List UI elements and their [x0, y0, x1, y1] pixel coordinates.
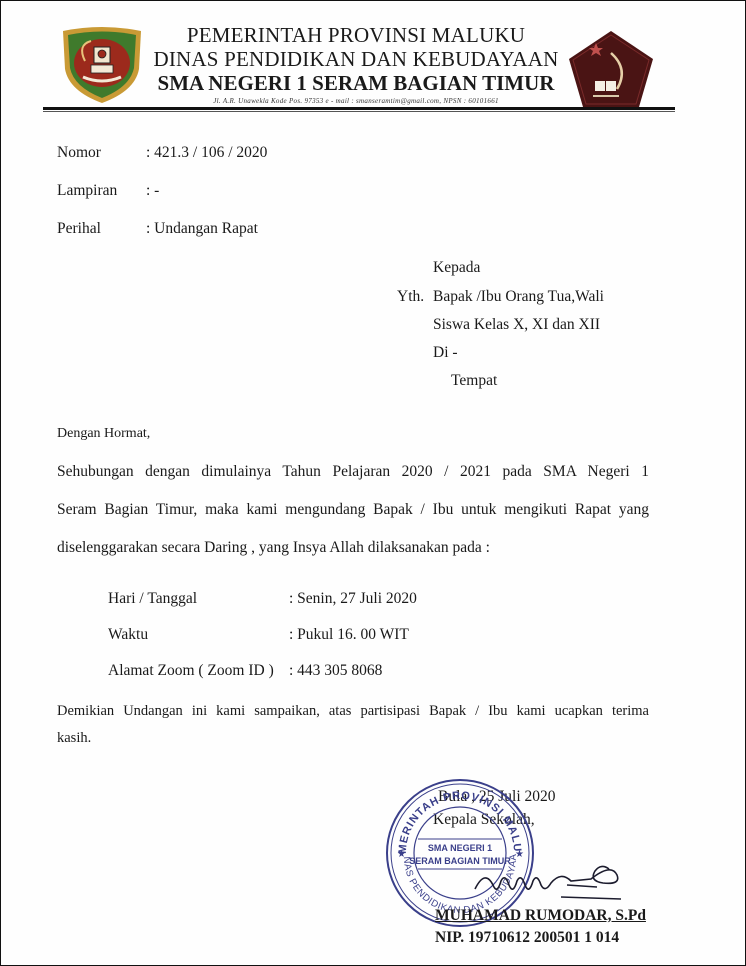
recipient-line2: Siswa Kelas X, XI dan XII: [433, 316, 600, 334]
svg-text:SMA NEGERI 1: SMA NEGERI 1: [428, 843, 492, 853]
detail-value-zoom: : 443 305 8068: [289, 662, 382, 680]
school-emblem-icon: [567, 29, 655, 109]
detail-value-date: : Senin, 27 Juli 2020: [289, 590, 417, 608]
recipient-line3: Di -: [433, 344, 458, 362]
recipient-line4: Tempat: [451, 372, 497, 390]
recipient-kepada: Kepada: [433, 259, 480, 277]
closing-line-1: Demikian Undangan ini kami sampaikan, at…: [57, 703, 649, 720]
detail-label-time: Waktu: [108, 626, 148, 644]
letterhead: PEMERINTAH PROVINSI MALUKU DINAS PENDIDI…: [151, 23, 561, 106]
letterhead-school: SMA NEGERI 1 SERAM BAGIAN TIMUR: [151, 71, 561, 95]
letterhead-rule-thin: [43, 111, 675, 112]
signatory-nip: NIP. 19710612 200501 1 014: [435, 929, 619, 947]
paragraph-line-2: Seram Bagian Timur, maka kami mengundang…: [57, 501, 649, 519]
provincial-crest-icon: [57, 25, 147, 105]
meta-value-lampiran: : -: [146, 182, 159, 200]
detail-label-zoom: Alamat Zoom ( Zoom ID ): [108, 662, 274, 680]
signature-icon: [471, 859, 631, 909]
letterhead-address: Jl. A.R. Unawekla Kode Pos. 97353 e - ma…: [151, 96, 561, 106]
detail-value-time: : Pukul 16. 00 WIT: [289, 626, 409, 644]
meta-label-nomor: Nomor: [57, 144, 101, 162]
recipient-yth: Yth.: [397, 288, 424, 306]
meta-value-nomor: : 421.3 / 106 / 2020: [146, 144, 267, 162]
letterhead-rule: [43, 107, 675, 110]
meta-label-lampiran: Lampiran: [57, 182, 117, 200]
meta-value-perihal: : Undangan Rapat: [146, 220, 258, 238]
detail-label-date: Hari / Tanggal: [108, 590, 197, 608]
paragraph-line-1: Sehubungan dengan dimulainya Tahun Pelaj…: [57, 463, 649, 481]
letterhead-department: DINAS PENDIDIKAN DAN KEBUDAYAAN: [151, 47, 561, 71]
letterhead-government: PEMERINTAH PROVINSI MALUKU: [151, 23, 561, 47]
closing-line-2: kasih.: [57, 730, 649, 747]
recipient-line1: Bapak /Ibu Orang Tua,Wali: [433, 288, 604, 306]
signatory-name: MUHAMAD RUMODAR, S.Pd: [435, 907, 646, 925]
meta-label-perihal: Perihal: [57, 220, 101, 238]
paragraph-line-3: diselenggarakan secara Daring , yang Ins…: [57, 539, 649, 557]
salutation: Dengan Hormat,: [57, 426, 649, 442]
letter-page: PEMERINTAH PROVINSI MALUKU DINAS PENDIDI…: [0, 0, 746, 966]
svg-text:★: ★: [397, 849, 406, 860]
